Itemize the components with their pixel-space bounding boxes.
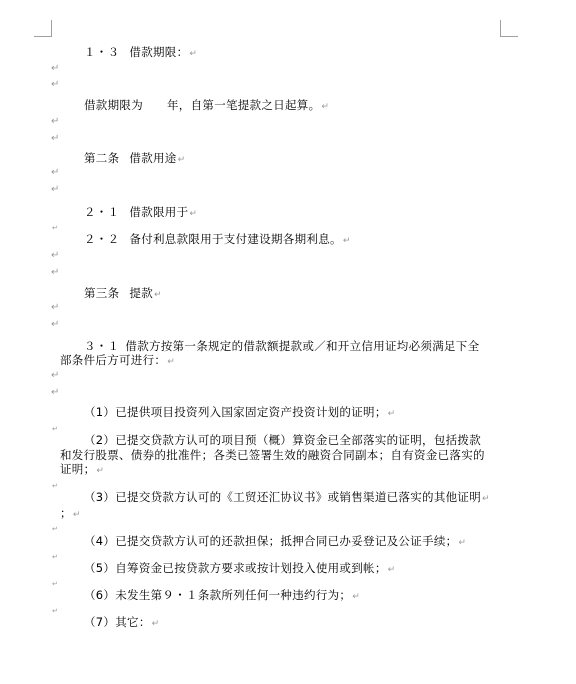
loan-term-suffix: 年，自第一笔提款之日起算。 [167, 98, 320, 112]
paragraph-mark-icon: ↵ [482, 494, 490, 504]
section-text: 部条件后方可进行： [60, 353, 166, 367]
condition-7: （7）其它：↵ [84, 615, 159, 631]
section-number: ３・１ [84, 339, 119, 353]
section-text: 借款限用于 [129, 205, 188, 219]
section-2-2: ２・２备付利息款限用于支付建设期各期利息。↵ [84, 232, 351, 248]
paragraph-mark-icon: ↵ [51, 370, 59, 382]
paragraph-mark-icon: ↵ [321, 102, 329, 112]
paragraph-mark-icon: ↵ [343, 236, 351, 246]
paragraph-mark-icon: ↵ [458, 538, 466, 548]
condition-3-line-2: ；↵ [60, 506, 81, 522]
paragraph-mark-icon: ↵ [189, 209, 197, 219]
condition-text: 证明； [60, 462, 95, 476]
section-title: 借款期限： [129, 45, 188, 59]
condition-text: ； [60, 506, 72, 520]
paragraph-mark-icon: ↵ [52, 480, 58, 492]
article-2-heading: 第二条借款用途↵ [84, 151, 185, 167]
paragraph-mark-icon: ↵ [51, 184, 59, 196]
condition-text: 未发生第９・１条款所列任何一种违约行为； [115, 588, 351, 602]
condition-4: （4）已提交贷款方认可的还款担保；抵押合同已办妥登记及公证手续；↵ [84, 534, 466, 550]
condition-label: （7） [84, 615, 115, 629]
loan-term-prefix: 借款期限为 [84, 98, 143, 112]
paragraph-mark-icon: ↵ [52, 605, 58, 617]
loan-term-paragraph: 借款期限为年，自第一笔提款之日起算。↵ [84, 98, 329, 114]
condition-2-line-3: 证明；↵ [60, 462, 104, 478]
paragraph-mark-icon: ↵ [51, 302, 59, 314]
paragraph-mark-icon: ↵ [51, 319, 59, 331]
condition-label: （4） [84, 534, 115, 548]
condition-text: 其它： [115, 615, 150, 629]
paragraph-mark-icon: ↵ [189, 49, 197, 59]
page-corner-mark-top-left [34, 20, 52, 37]
condition-text: 已提交贷款方认可的项目预（概）算资金已全部落实的证明，包括拨款 [115, 433, 481, 447]
section-3-1-line-2: 部条件后方可进行：↵ [60, 353, 175, 369]
section-2-1: ２・１借款限用于↵ [84, 205, 197, 221]
paragraph-mark-icon: ↵ [52, 578, 58, 590]
paragraph-mark-icon: ↵ [96, 466, 104, 476]
condition-3-line-1: （3）已提交贷款方认可的《工贸还汇协议书》或销售渠道已落实的其他证明↵ [84, 490, 490, 506]
section-text: 备付利息款限用于支付建设期各期利息。 [129, 232, 341, 246]
condition-text: 已提供项目投资列入国家固定资产投资计划的证明； [115, 405, 386, 419]
paragraph-mark-icon: ↵ [178, 155, 186, 165]
section-3-1-line-1: ３・１借款方按第一条规定的借款额提款或／和开立信用证均必须满足下全 [84, 339, 479, 353]
condition-2-line-1: （2）已提交贷款方认可的项目预（概）算资金已全部落实的证明，包括拨款 [84, 433, 481, 447]
condition-text: 自筹资金已按贷款方要求或按计划投入使用或到帐； [115, 561, 386, 575]
condition-5: （5）自筹资金已按贷款方要求或按计划投入使用或到帐；↵ [84, 561, 395, 577]
page-corner-mark-top-right [500, 20, 518, 37]
paragraph-mark-icon: ↵ [52, 222, 58, 234]
paragraph-mark-icon: ↵ [388, 565, 396, 575]
condition-label: （1） [84, 405, 115, 419]
condition-text: 和发行股票、债券的批准件；各类已签署生效的融资合同副本；自有资金已落实的 [60, 448, 485, 462]
paragraph-mark-icon: ↵ [52, 423, 58, 435]
article-3-heading: 第三条提款↵ [84, 286, 162, 302]
paragraph-mark-icon: ↵ [73, 510, 81, 520]
paragraph-mark-icon: ↵ [51, 267, 59, 279]
section-number: １・３ [84, 45, 119, 59]
paragraph-mark-icon: ↵ [51, 63, 59, 75]
paragraph-mark-icon: ↵ [154, 290, 162, 300]
article-title: 借款用途 [129, 151, 176, 165]
paragraph-mark-icon: ↵ [152, 619, 160, 629]
article-title: 提款 [129, 286, 153, 300]
paragraph-mark-icon: ↵ [51, 167, 59, 179]
condition-label: （6） [84, 588, 115, 602]
paragraph-mark-icon: ↵ [51, 250, 59, 262]
section-text: 借款方按第一条规定的借款额提款或／和开立信用证均必须满足下全 [125, 339, 479, 353]
paragraph-mark-icon: ↵ [51, 79, 59, 91]
condition-1: （1）已提供项目投资列入国家固定资产投资计划的证明；↵ [84, 405, 395, 421]
paragraph-mark-icon: ↵ [51, 133, 59, 145]
paragraph-mark-icon: ↵ [167, 357, 175, 367]
section-number: ２・１ [84, 205, 119, 219]
condition-label: （5） [84, 561, 115, 575]
paragraph-mark-icon: ↵ [352, 592, 360, 602]
condition-6: （6）未发生第９・１条款所列任何一种违约行为；↵ [84, 588, 360, 604]
condition-text: 已提交贷款方认可的还款担保；抵押合同已办妥登记及公证手续； [115, 534, 457, 548]
condition-label: （3） [84, 490, 115, 504]
paragraph-mark-icon: ↵ [52, 523, 58, 535]
paragraph-mark-icon: ↵ [51, 387, 59, 399]
section-number: ２・２ [84, 232, 119, 246]
condition-2-line-2: 和发行股票、债券的批准件；各类已签署生效的融资合同副本；自有资金已落实的 [60, 448, 485, 462]
paragraph-mark-icon: ↵ [51, 116, 59, 128]
paragraph-mark-icon: ↵ [52, 551, 58, 563]
article-number: 第二条 [84, 151, 119, 165]
article-number: 第三条 [84, 286, 119, 300]
condition-text: 已提交贷款方认可的《工贸还汇协议书》或销售渠道已落实的其他证明 [115, 490, 481, 504]
section-1-3-heading: １・３借款期限：↵ [84, 45, 197, 61]
condition-label: （2） [84, 433, 115, 447]
paragraph-mark-icon: ↵ [388, 409, 396, 419]
